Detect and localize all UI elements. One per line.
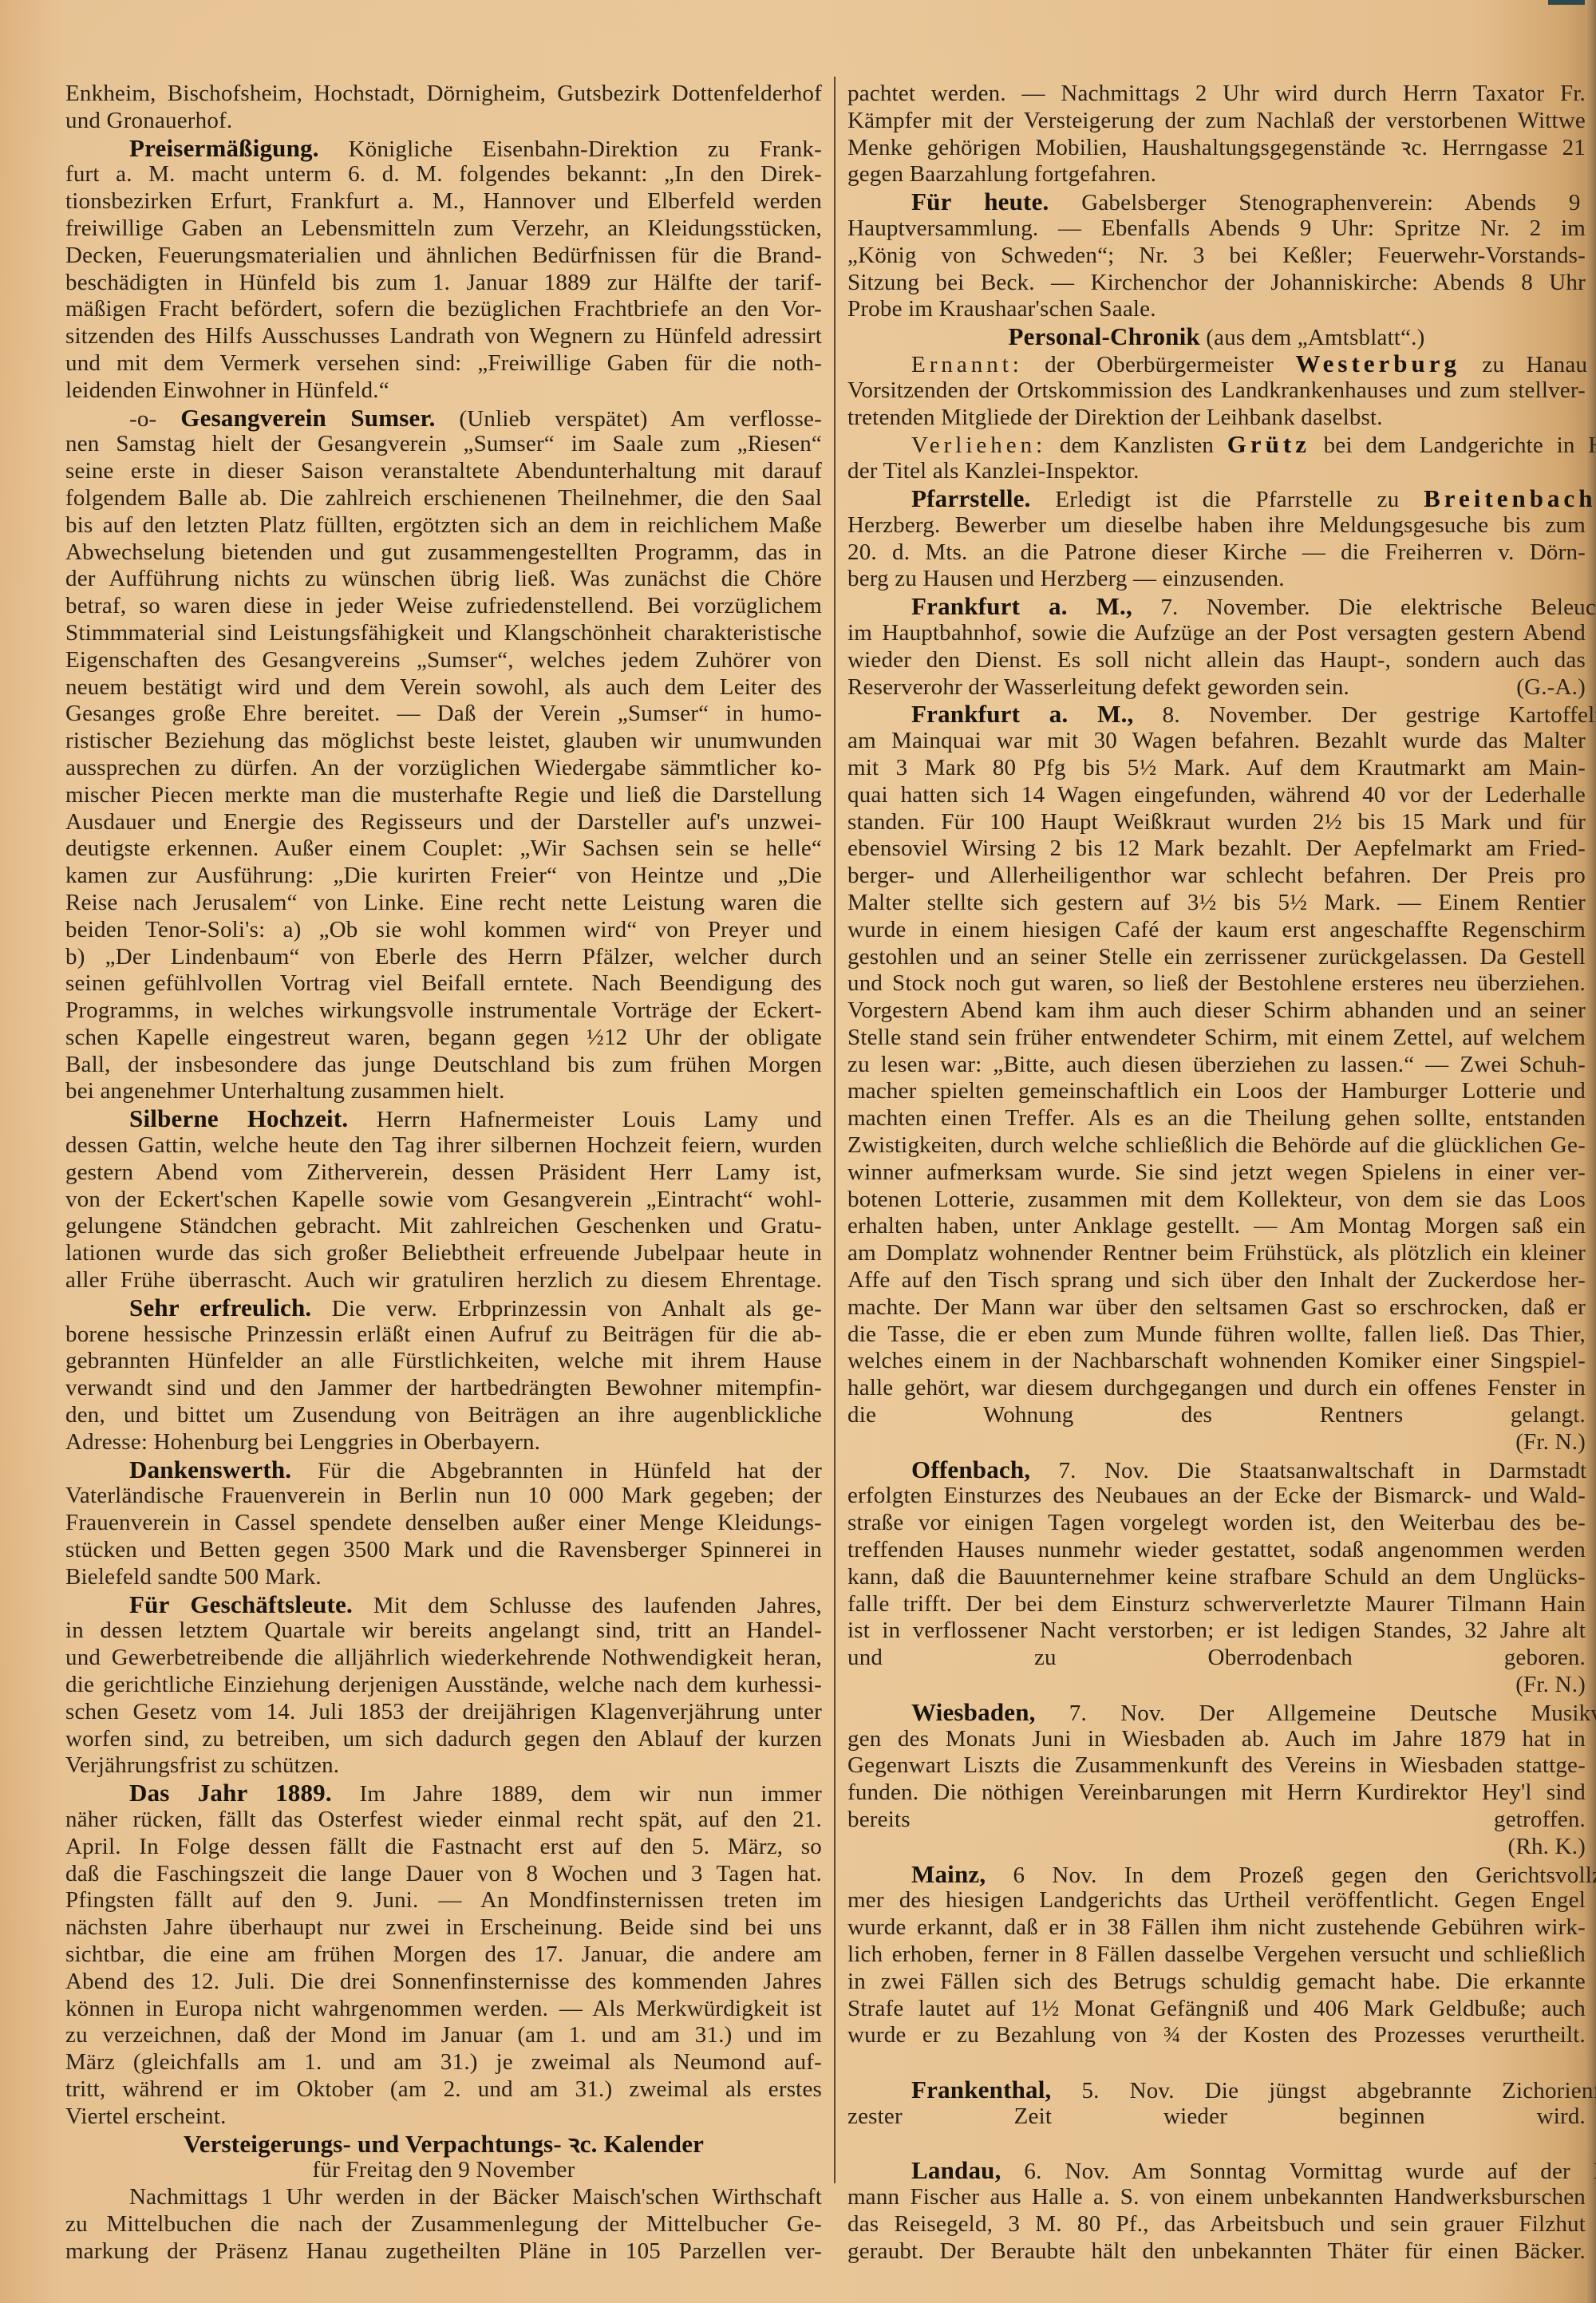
text-line: wurde in einem hiesigen Café der kaum er… [847, 917, 1586, 944]
text-line: Pfingsten fällt auf den 9. Juni. — An Mo… [65, 1887, 822, 1914]
article-preisermaessigung-lead: Preisermäßigung. Königliche Eisenbahn-Di… [65, 135, 822, 162]
article-verliehen-lead: Verliehen: dem Kanzlisten Grütz bei dem … [847, 431, 1596, 458]
person-name: Grütz [1227, 430, 1310, 458]
text-line: standen. Für 100 Haupt Weißkraut wurden … [847, 809, 1586, 836]
column-divider [834, 77, 836, 2183]
text-line: die Tasse, die er eben zum Munde führen … [847, 1321, 1586, 1349]
text-line: zu Mittelbuchen die nach der Zusammenleg… [65, 2211, 822, 2238]
text-line: Ausdauer und Energie des Regisseurs und … [65, 809, 822, 836]
text-line: daß die Faschingszeit die lange Dauer vo… [65, 1861, 822, 1888]
text-line: Bielefeld sandte 500 Mark. [65, 1564, 822, 1591]
article-gesangverein-lead: -o- Gesangverein Sumser. (Unlieb verspät… [65, 405, 822, 432]
text-line: Programms, in welches wirkungsvolle inst… [65, 997, 822, 1025]
place-name: Breitenbach [1424, 484, 1596, 512]
text-line: zu verzeichnen, daß der Mond im Januar (… [65, 2022, 822, 2049]
text-line: wurde er zu Bezahlung von ¾ der Kosten d… [847, 2022, 1586, 2049]
text-line: erhalten haben, unter Anklage gestellt. … [847, 1213, 1586, 1240]
text-line: Vorsitzenden der Ortskommission des Land… [847, 377, 1586, 405]
text-line: bis auf den letzten Platz füllten, ergöt… [65, 512, 822, 539]
label-ernannt: Ernannt: [911, 352, 1023, 377]
text-line: in dessen letztem Quartale wir bereits a… [65, 1618, 822, 1645]
text-line: Affe auf den Tisch sprang und sich über … [847, 1267, 1586, 1294]
text-line: mischer Piecen merkte man die musterhaft… [65, 782, 822, 809]
text-line: (Fr. N.) [847, 1672, 1586, 1699]
text-line: und zu Oberrodenbach geboren. [847, 1645, 1586, 1672]
text-line: am Domplatz wohnender Rentner beim Frühs… [847, 1240, 1586, 1267]
text-line: Verjährungsfrist zu schützen. [65, 1752, 822, 1780]
text-line: von der Eckert'schen Kapelle sowie vom G… [65, 1187, 822, 1214]
article-geschaeftsleute-lead: Für Geschäftsleute. Mit dem Schlusse des… [65, 1591, 822, 1618]
text-line: Frauenverein in Cassel spendete denselbe… [65, 1510, 822, 1537]
text-line: Abwechselung bietenden und gut zusammeng… [65, 539, 822, 567]
article-frankfurt-7-lead: Frankfurt a. M., 7. November. Die elektr… [847, 593, 1596, 620]
text-line: Eigenschaften des Gesangvereins „Sumser“… [65, 647, 822, 674]
text-line: Gegenwart Liszts die Zusammenkunft des V… [847, 1752, 1586, 1780]
text-line: halle gehört, war diesem durchgegangen u… [847, 1375, 1586, 1402]
text-line: nächsten Jahre überhaupt nur zwei in Ers… [65, 1914, 822, 1942]
text-line: Stelle stand sein früher entwendeter Sch… [847, 1025, 1586, 1052]
text-line: machte. Der Mann war über den seltsamen … [847, 1294, 1586, 1321]
left-column: Enkheim, Bischofsheim, Hochstadt, Dörnig… [65, 81, 822, 2265]
text-line: Gesanges große Ehre bereitet. — Daß der … [65, 701, 822, 728]
label-verliehen: Verliehen: [911, 433, 1046, 458]
text-line: aller Frühe überrascht. Auch wir gratuli… [65, 1267, 822, 1294]
article-offenbach-lead: Offenbach, 7. Nov. Die Staatsanwaltschaf… [847, 1456, 1596, 1483]
article-frankenthal-lead: Frankenthal, 5. Nov. Die jüngst abgebran… [847, 2076, 1596, 2104]
article-heading: Landau, [911, 2156, 1001, 2184]
text-line: markung der Präsenz Hanau zugetheilten P… [65, 2238, 822, 2265]
section-heading-personal-chronik: Personal-Chronik (aus dem „Amtsblatt“.) [847, 323, 1586, 350]
text-line: näher rücken, fällt das Osterfest wieder… [65, 1807, 822, 1834]
text-line: die gerichtliche Einziehung derjenigen A… [65, 1672, 822, 1699]
text-line: gestohlen und an seiner Stelle ein zerri… [847, 944, 1586, 971]
article-heading: Preisermäßigung. [129, 134, 319, 162]
text-line: stücken und Betten gegen 3500 Mark und d… [65, 1537, 822, 1564]
section-heading-kalender: Versteigerungs- und Verpachtungs- ꝛc. Ka… [65, 2131, 822, 2158]
text-line: ristischer Beziehung das möglichst beste… [65, 728, 822, 755]
text-line: Zwistigkeiten, durch welche schließlich … [847, 1132, 1586, 1159]
text-line: den, und bittet um Zusendung von Beiträg… [65, 1402, 822, 1429]
text-line: berger- und Allerheiligenthor war schlec… [847, 863, 1586, 890]
text-line: der Titel als Kanzlei-Inspektor. [847, 458, 1586, 485]
text-line: Kämpfer mit der Versteigerung der zum Na… [847, 108, 1586, 135]
text-line: geraubt. Der Beraubte hält den unbekannt… [847, 2238, 1586, 2265]
article-heading: Frankfurt a. M., [911, 592, 1132, 620]
source-attribution: (Fr. N.) [1515, 1429, 1586, 1456]
text-line: kann, daß die Bauunternehmer keine straf… [847, 1564, 1586, 1591]
text-line: betraf, so waren diese in jeder Weise zu… [65, 593, 822, 620]
text-line: pachtet werden. — Nachmittags 2 Uhr wird… [847, 81, 1586, 108]
text-line: Hauptversammlung. — Ebenfalls Abends 9 U… [847, 215, 1586, 243]
text-line: Malter stellte sich gestern auf 3½ bis 5… [847, 890, 1586, 917]
text-line: lich erhoben, ferner in 8 Fällen dasselb… [847, 1942, 1586, 1969]
text-line: zu lesen war: „Bitte, auch diesen überzi… [847, 1052, 1586, 1079]
text-line: und Gronauerhof. [65, 108, 822, 135]
right-column: pachtet werden. — Nachmittags 2 Uhr wird… [847, 81, 1596, 2292]
text-line: sitzenden des Hilfs Ausschusses Landrath… [65, 323, 822, 350]
text-line: können in Europa nicht wahrgenommen werd… [65, 1996, 822, 2023]
text-line: furt a. M. macht unterm 6. d. M. folgend… [65, 161, 822, 188]
text-line: Decken, Feuerungsmaterialien und ähnlich… [65, 243, 822, 270]
text-line: erfolgten Einsturzes des Neubaues an der… [847, 1483, 1586, 1510]
text-line: Reserverohr der Wasserleitung defekt gew… [847, 674, 1586, 701]
text-line: deutigste erkennen. Außer einem Couplet:… [65, 835, 822, 863]
text-line: sichtbar, die eine am frühen Morgen des … [65, 1942, 822, 1969]
text-line: Nachmittags 1 Uhr werden in der Bäcker M… [65, 2184, 822, 2211]
text-line: 20. d. Mts. an die Patrone dieser Kirche… [847, 539, 1586, 567]
text-line: tionsbezirken Erfurt, Frankfurt a. M., H… [65, 188, 822, 215]
article-heading: Pfarrstelle. [911, 484, 1031, 512]
article-heading: Sehr erfreulich. [129, 1294, 311, 1321]
text-line: Vaterländische Frauenverein in Berlin nu… [65, 1483, 822, 1510]
text-line: lationen wurde das sich großer Beliebthe… [65, 1240, 822, 1267]
article-heading: Frankenthal, [911, 2076, 1052, 2104]
text-line: neuem bestätigt wird und dem Verein sowo… [65, 674, 822, 701]
text-line: verwandt sind und den Jammer der hartbed… [65, 1375, 822, 1402]
text-line: beschädigten in Hünfeld bis zum 1. Janua… [65, 270, 822, 297]
text-line [847, 2265, 1586, 2293]
source-attribution: (G.-A.) [1516, 674, 1586, 701]
text-line: tretenden Mitgliede der Direktion der Le… [847, 405, 1586, 432]
article-frankfurt-8-lead: Frankfurt a. M., 8. November. Der gestri… [847, 701, 1596, 728]
text-line: Adresse: Hohenburg bei Lenggries in Ober… [65, 1429, 822, 1456]
text-line [847, 2131, 1586, 2158]
text-line: gelungene Ständchen gebracht. Mit zahlre… [65, 1213, 822, 1240]
text-line: das Reisegeld, 3 M. 80 Pf., das Arbeitsb… [847, 2211, 1586, 2238]
text-line: mäßigen Fracht befördert, sofern die bez… [65, 296, 822, 323]
text-line: Viertel erscheint. [65, 2104, 822, 2131]
text-line: funden. Die nöthigen Vereinbarungen mit … [847, 1780, 1586, 1807]
article-heading: Silberne Hochzeit. [129, 1104, 348, 1132]
article-heading: Für Geschäftsleute. [129, 1590, 353, 1618]
text-line: in zwei Fällen sich des Betrugs schuldig… [847, 1969, 1586, 1996]
section-subheading-date: für Freitag den 9 November [65, 2157, 822, 2184]
text-line: Ball, der insbesondere das junge Deutsch… [65, 1052, 822, 1079]
text-line: folgendem Balle ab. Die zahlreich erschi… [65, 485, 822, 512]
text-line: borene hessische Prinzessin erläßt einen… [65, 1321, 822, 1349]
text-line: freiwillige Gaben an Lebensmitteln zum V… [65, 215, 822, 243]
text-line: falle trifft. Der bei dem Einsturz schwe… [847, 1591, 1586, 1618]
text-line: am Mainquai war mit 30 Wagen befahren. B… [847, 728, 1586, 755]
text-line: Menke gehörigen Mobilien, Haushaltungsge… [847, 135, 1586, 162]
text-line: schen Gesetz vom 14. Juli 1853 der dreij… [65, 1699, 822, 1726]
text-line: gen des Monats Juni in Wiesbaden ab. Auc… [847, 1726, 1586, 1753]
text-line: machten einen Treffer. Als es an die The… [847, 1105, 1586, 1132]
text-line: und Gewerbetreibende die alljährlich wie… [65, 1645, 822, 1672]
text-line: ebensoviel Wirsing 2 bis 12 Mark bezahlt… [847, 835, 1586, 863]
article-heading: Wiesbaden, [911, 1698, 1036, 1726]
article-heading: Für heute. [911, 188, 1049, 215]
text-line: Probe im Kraushaar'schen Saale. [847, 296, 1586, 323]
text-line: berg zu Hausen und Herzberg — einzusende… [847, 566, 1586, 593]
text-line: mit 3 Mark 80 Pfg bis 5½ Mark. Auf dem K… [847, 755, 1586, 782]
text-line: wieder den Dienst. Es soll nicht allein … [847, 647, 1586, 674]
text-line: mann Fischer aus Halle a. S. von einem u… [847, 2184, 1586, 2211]
text-line: Herzberg. Bewerber um dieselbe haben ihr… [847, 512, 1586, 539]
text-line: macher spielten gemeinschaftlich ein Loo… [847, 1078, 1586, 1105]
text-line: b) „Der Lindenbaum“ von Eberle des Herrn… [65, 944, 822, 971]
text-line: Strafe lautet auf 1½ Monat Gefängniß und… [847, 1996, 1586, 2023]
text-line: gegen Baarzahlung fortgefahren. [847, 161, 1586, 188]
article-fuer-heute-lead: Für heute. Gabelsberger Stenographenvere… [847, 188, 1596, 215]
source-attribution: (Rh. K.) [1508, 1834, 1586, 1861]
text-line: dessen Gattin, welche heute den Tag ihre… [65, 1132, 822, 1159]
text-line: die Wohnung des Rentners gelangt. [847, 1402, 1586, 1429]
article-jahr-1889-lead: Das Jahr 1889. Im Jahre 1889, dem wir nu… [65, 1780, 822, 1807]
text-line: schen Kapelle eingestreut waren, begann … [65, 1025, 822, 1052]
text-line: „König von Schweden“; Nr. 3 bei Keßler; … [847, 243, 1586, 270]
text-line [847, 2049, 1586, 2076]
text-line: nen Samstag hielt der Gesangverein „Sums… [65, 431, 822, 458]
person-name: Westerburg [1295, 350, 1460, 377]
text-line: seinen gefühlvollen Vortrag viel Beifall… [65, 970, 822, 997]
article-heading: Gesangverein Sumser. [180, 404, 435, 432]
article-dankenswerth-lead: Dankenswerth. Für die Abgebrannten in Hü… [65, 1456, 822, 1483]
article-heading: Mainz, [911, 1860, 986, 1888]
article-landau-lead: Landau, 6. Nov. Am Sonntag Vormittag wur… [847, 2157, 1596, 2184]
text-line: gestern Abend vom Zitherverein, dessen P… [65, 1159, 822, 1187]
article-heading: Dankenswerth. [129, 1456, 291, 1483]
text-line: gebrannten Hünfelder an alle Fürstlichke… [65, 1348, 822, 1375]
text-line: wurde erkannt, daß er in 38 Fällen ihm n… [847, 1914, 1586, 1942]
text-line: botenen Lotterie, zusammen mit dem Kolle… [847, 1187, 1586, 1214]
text-line: aussprechen zu dürfen. An der vorzüglich… [65, 755, 822, 782]
text-line: und mit dem Vermerk versehen sind: „Frei… [65, 350, 822, 377]
text-line: straße vor einigen Tagen vorgelegt worde… [847, 1510, 1586, 1537]
text-line: treffenden Hauses nunmehr wieder gestatt… [847, 1537, 1586, 1564]
article-wiesbaden-lead: Wiesbaden, 7. Nov. Der Allgemeine Deutsc… [847, 1699, 1596, 1726]
article-ernannt-lead: Ernannt: der Oberbürgermeister Westerbur… [847, 350, 1596, 377]
text-line: kamen zur Ausführung: „Die kurirten Frei… [65, 863, 822, 890]
text-line: seine erste in dieser Saison veranstalte… [65, 458, 822, 485]
text-line: Sitzung bei Beck. — Kirchenchor der Joha… [847, 270, 1586, 297]
text-line: bei angenehmer Unterhaltung zusammen hie… [65, 1078, 822, 1105]
source-attribution: (Fr. N.) [1515, 1672, 1586, 1699]
article-sehr-erfreulich-lead: Sehr erfreulich. Die verw. Erbprinzessin… [65, 1294, 822, 1321]
text-line: im Hauptbahnhof, sowie die Aufzüge an de… [847, 620, 1586, 647]
text-line: bereits getroffen. [847, 1807, 1586, 1834]
text-line: der Aufführung nichts zu wünschen übrig … [65, 566, 822, 593]
article-silberne-hochzeit-lead: Silberne Hochzeit. Herrn Hafnermeister L… [65, 1105, 822, 1132]
text-line: quai hatten sich 14 Wagen eingefunden, w… [847, 782, 1586, 809]
text-line: Enkheim, Bischofsheim, Hochstadt, Dörnig… [65, 81, 822, 108]
article-mainz-lead: Mainz, 6 Nov. In dem Prozeß gegen den Ge… [847, 1861, 1596, 1888]
text-line: Reise nach Jerusalem“ von Linke. Eine re… [65, 890, 822, 917]
text-line: ist in verflossener Nacht verstorben; er… [847, 1618, 1586, 1645]
text-line: welches einem in der Nachbarschaft wohne… [847, 1348, 1586, 1375]
article-heading: Frankfurt a. M., [911, 700, 1133, 728]
text-line: Vorgestern Abend kam ihm auch dieser Sch… [847, 997, 1586, 1025]
article-pfarrstelle-lead: Pfarrstelle. Erledigt ist die Pfarrstell… [847, 485, 1596, 512]
article-heading: Das Jahr 1889. [129, 1779, 332, 1807]
text-line: April. In Folge dessen fällt die Fastnac… [65, 1834, 822, 1861]
text-line: leidenden Einwohner in Hünfeld.“ [65, 377, 822, 405]
text-line: winner aufmerksam wurde. Sie sind jetzt … [847, 1159, 1586, 1187]
text-line: beiden Tenor-Soli's: a) „Ob sie wohl kom… [65, 917, 822, 944]
text-line: zester Zeit wieder beginnen wird. [847, 2104, 1586, 2131]
text-line: und Stock noch gut waren, so ließ der Be… [847, 970, 1586, 997]
text-line: März (gleichfalls am 1. und am 31.) je z… [65, 2049, 822, 2076]
text-line: Stimmmaterial sind Leistungsfähigkeit un… [65, 620, 822, 647]
article-heading: Offenbach, [911, 1456, 1030, 1483]
text-line: (Rh. K.) [847, 1834, 1586, 1861]
text-line: Abend des 12. Juli. Die drei Sonnenfinst… [65, 1969, 822, 1996]
text-line: mer des hiesigen Landgerichts das Urthei… [847, 1887, 1586, 1914]
text-line: worfen sind, zu betreiben, um sich dadur… [65, 1726, 822, 1753]
text-line: (Fr. N.) [847, 1429, 1586, 1456]
text-line: tritt, während er im Oktober (am 2. und … [65, 2076, 822, 2104]
